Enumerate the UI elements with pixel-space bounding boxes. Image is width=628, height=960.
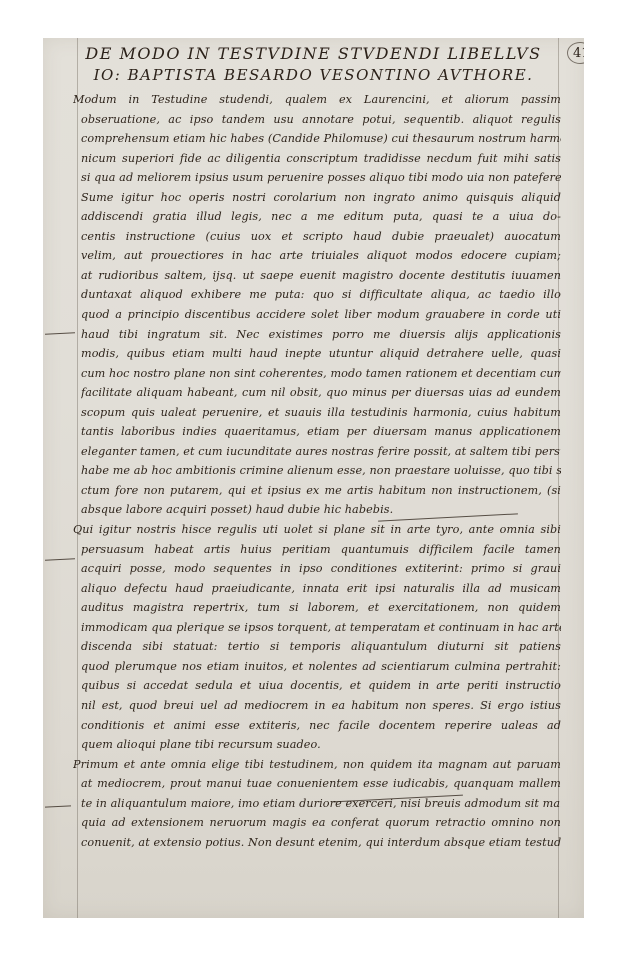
margin-flourish [45,805,71,807]
text-line: at rudioribus saltem, ijsq. ut saepe eue… [81,266,561,286]
text-line: nil est, quod breui uel ad mediocrem in … [81,696,561,716]
text-line: quem alioqui plane tibi recursum suadeo. [81,735,561,755]
text-line: acquiri posse, modo sequentes in ipso co… [81,559,561,579]
text-line: addiscendi gratia illud legis, nec a me … [81,207,561,227]
left-margin-rule [77,38,78,918]
text-line: duntaxat aliquod exhibere me puta: quo s… [81,285,561,305]
text-line: centis instructione (cuius uox et script… [81,227,561,247]
title-line-2: IO: BAPTISTA BESARDO VESONTINO AVTHORE. [43,66,584,84]
text-line: quia ad extensionem neruorum magis ea co… [81,813,561,833]
text-line: Modum in Testudine studendi, qualem ex L… [73,90,561,110]
text-line: scopum quis ualeat peruenire, et suauis … [81,403,561,423]
text-line: facilitate aliquam habeant, cum nil obsi… [81,383,561,403]
text-line: Primum et ante omnia elige tibi testudin… [73,755,561,775]
text-line: aliquo defectu haud praeiudicante, innat… [81,579,561,599]
text-line: haud tibi ingratum sit. Nec existimes po… [81,325,561,345]
text-line: habe me ab hoc ambitionis crimine alienu… [81,461,561,481]
manuscript-body: Modum in Testudine studendi, qualem ex L… [81,90,561,852]
title-line-1: DE MODO IN TESTVDINE STVDENDI LIBELLVS [43,44,584,63]
text-line: si qua ad meliorem ipsius usum peruenire… [81,168,561,188]
text-line: cum hoc nostro plane non sint coherentes… [81,364,561,384]
text-line: Qui igitur nostris hisce regulis uti uol… [73,520,561,540]
text-line: eleganter tamen, et cum iucunditate aure… [81,442,561,462]
text-line: Sume igitur hoc operis nostri corolarium… [81,188,561,208]
text-line: conditionis et animi esse extiteris, nec… [81,716,561,736]
margin-flourish [45,558,75,561]
text-line: modis, quibus etiam multi haud inepte ut… [81,344,561,364]
text-line: comprehensum etiam hic habes (Candide Ph… [81,129,561,149]
text-line: discenda sibi statuat: tertio si tempori… [81,637,561,657]
text-line: nicum superiori fide ac diligentia consc… [81,149,561,169]
text-line: absque labore acquiri posset) haud dubie… [81,500,561,520]
text-line: conuenit, at extensio potius. Non desunt… [81,833,561,853]
margin-flourish [45,332,75,335]
text-line: te in aliquantulum maiore, imo etiam dur… [81,794,561,814]
text-line: quod plerumque nos etiam inuitos, et nol… [81,657,561,677]
text-line: immodicam qua plerique se ipsos torquent… [81,618,561,638]
text-line: quibus si accedat sedula et uiua docenti… [81,676,561,696]
text-line: auditus magistra repertrix, tum si labor… [81,598,561,618]
manuscript-page: 41 DE MODO IN TESTVDINE STVDENDI LIBELLV… [43,38,584,918]
text-line: persuasum habeat artis huius peritiam qu… [81,540,561,560]
text-line: tantis laboribus indies quaeritamus, eti… [81,422,561,442]
text-line: obseruatione, ac ipso tandem usu annotar… [81,110,561,130]
text-line: quod a principio discentibus accidere so… [81,305,561,325]
text-line: at mediocrem, prout manui tuae conuenien… [81,774,561,794]
text-line: velim, aut prouectiores in hac arte triu… [81,246,561,266]
text-line: ctum fore non putarem, qui et ipsius ex … [81,481,561,501]
